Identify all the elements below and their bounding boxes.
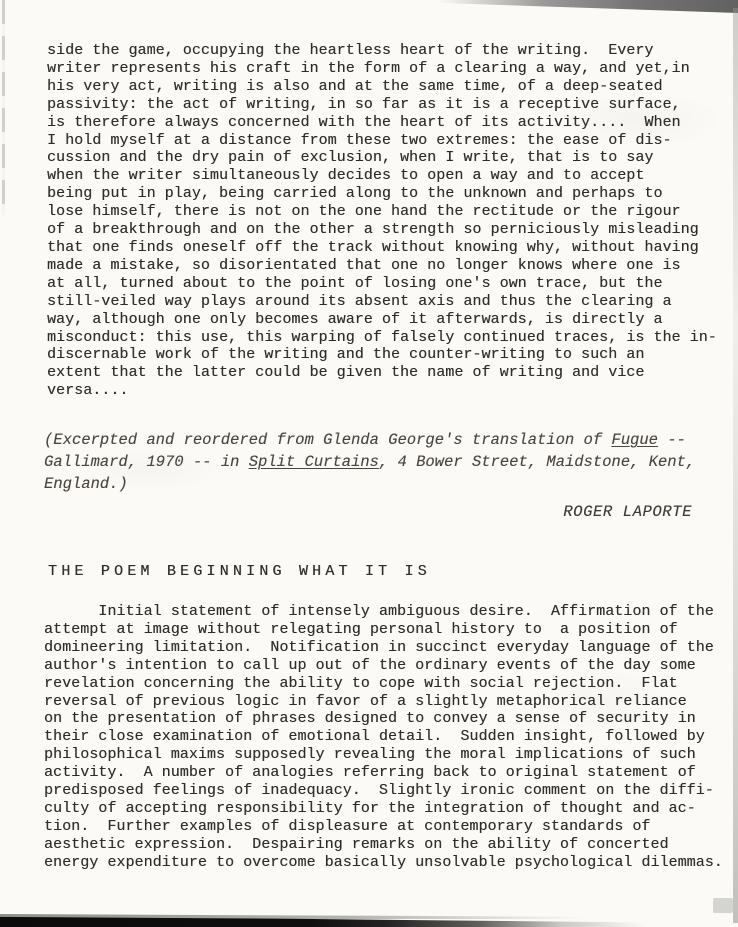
- scanned-typewritten-page: side the game, occupying the heartless h…: [0, 0, 738, 927]
- prose-paragraph-continued: side the game, occupying the heartless h…: [47, 42, 717, 400]
- poem-description-paragraph: Initial statement of intensely ambiguous…: [44, 603, 723, 872]
- scan-edge-left-top: [2, 0, 5, 215]
- scan-edge-bottom-right-blob: [713, 898, 733, 913]
- scan-edge-right: [733, 8, 738, 923]
- poem-title-heading: THE POEM BEGINNING WHAT IT IS: [48, 563, 431, 580]
- source-attribution: (Excerpted and reordered from Glenda Geo…: [44, 430, 695, 495]
- scan-edge-top-right: [438, 0, 738, 13]
- author-name: ROGER LAPORTE: [563, 503, 692, 521]
